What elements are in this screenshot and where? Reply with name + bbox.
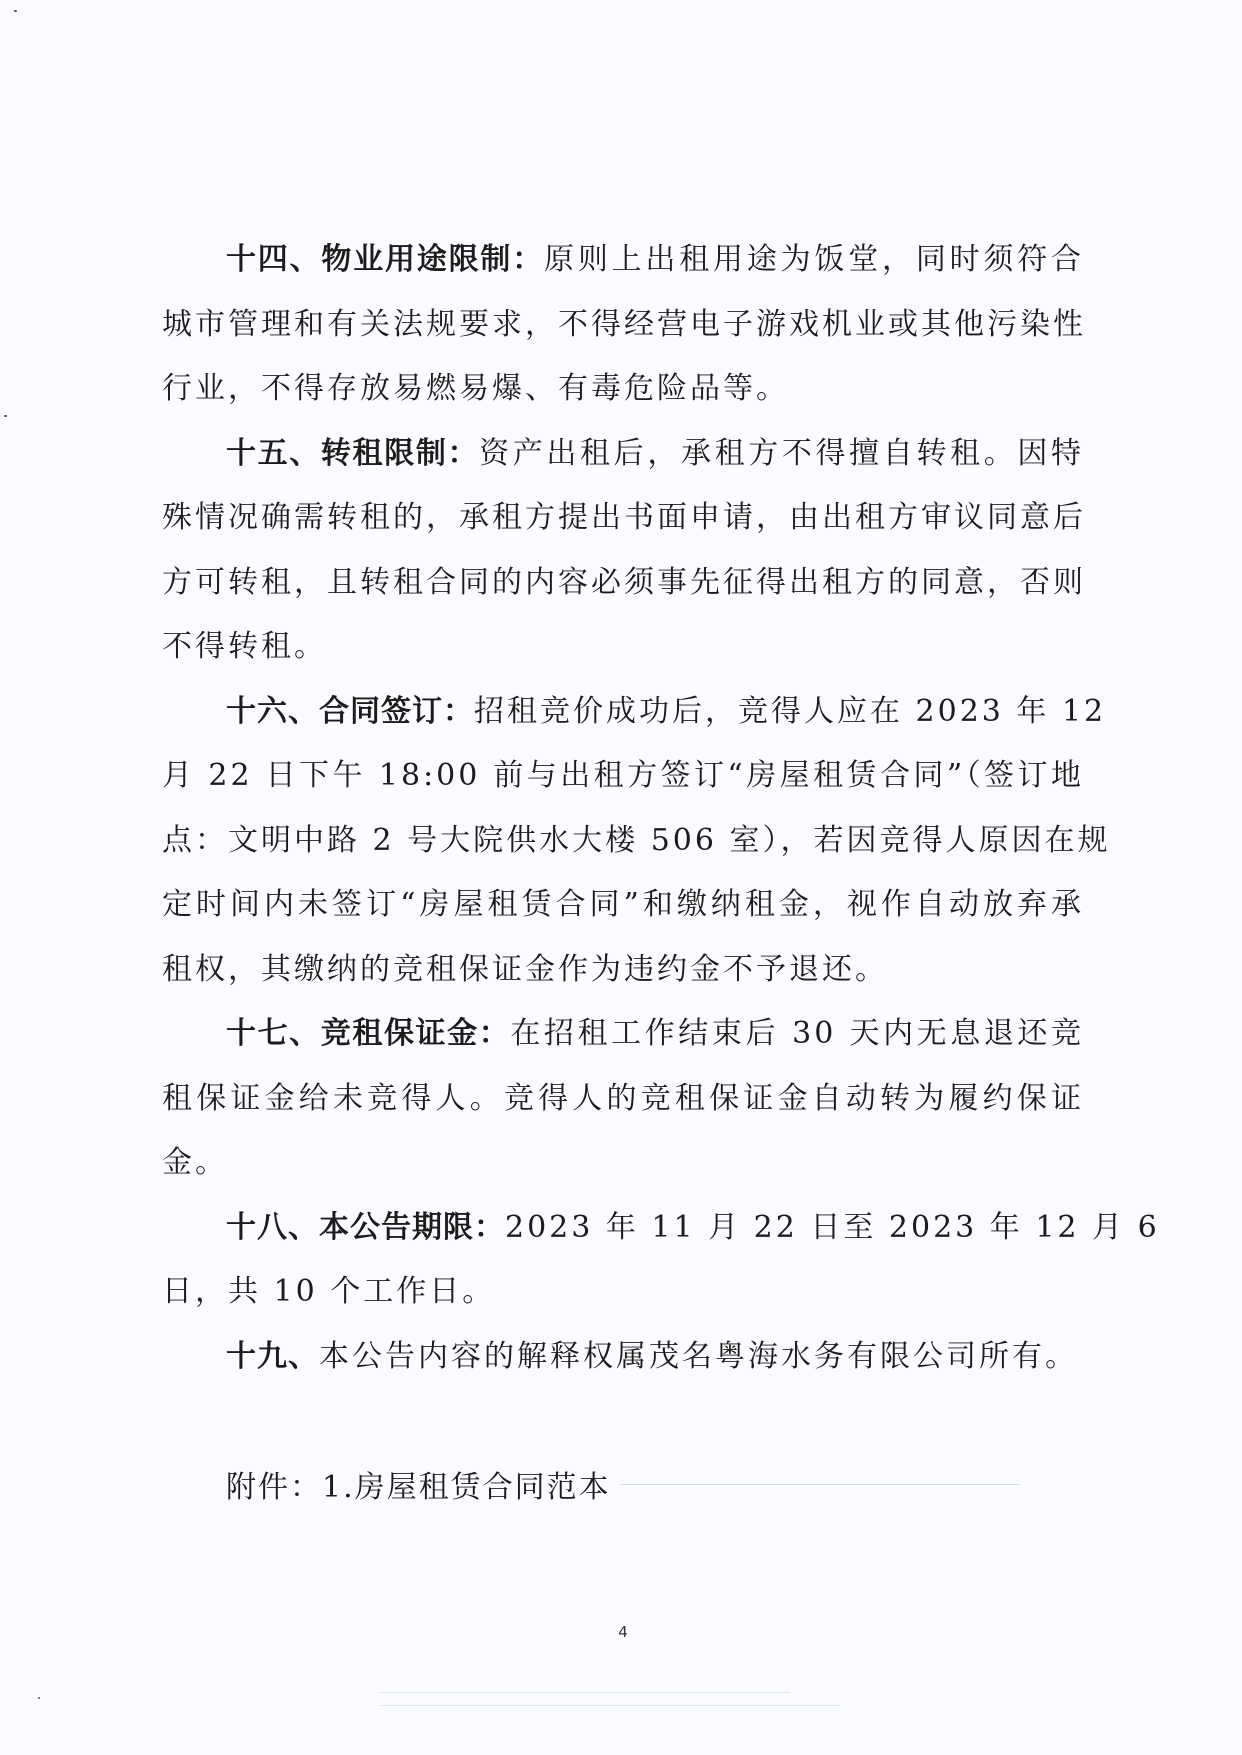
attachment-note: 附件：1.房屋租赁合同范本	[226, 1456, 611, 1520]
section-15-line-4: 不得转租。	[162, 615, 1084, 680]
section-18-line-1: 十八、本公告期限：2023 年 11 月 22 日至 2023 年 12 月 6	[162, 1196, 1084, 1261]
section-16-line-4: 定时间内未签订“房屋租赁合同”和缴纳租金，视作自动放弃承	[162, 873, 1084, 938]
section-17-number: 十七、	[226, 1016, 321, 1051]
section-16-line-1: 十六、合同签订：招租竞价成功后，竞得人应在 2023 年 12	[162, 680, 1084, 745]
section-16-line-5: 租权，其缴纳的竞租保证金作为违约金不予退还。	[162, 938, 1084, 1003]
section-17-line-1: 十七、竞租保证金：在招租工作结束后 30 天内无息退还竞	[162, 1002, 1084, 1067]
scan-artifact-line	[380, 1692, 790, 1693]
section-14-heading: 物业用途限制	[321, 242, 512, 277]
section-15-line-1: 十五、转租限制：资产出租后，承租方不得擅自转租。因特	[162, 422, 1084, 487]
section-14-line-1: 十四、物业用途限制：原则上出租用途为饭堂，同时须符合	[162, 228, 1084, 293]
section-19-line-1: 十九、本公告内容的解释权属茂名粤海水务有限公司所有。	[162, 1325, 1084, 1390]
scan-artifact-line	[380, 1705, 840, 1706]
scan-speck	[38, 1697, 40, 1699]
section-15-line-2: 殊情况确需转租的，承租方提出书面申请，由出租方审议同意后	[162, 486, 1084, 551]
section-15-heading: 转租限制	[321, 436, 448, 471]
section-19-number: 十九、	[226, 1339, 319, 1374]
section-16-line-2: 月 22 日下午 18:00 前与出租方签订“房屋租赁合同”（签订地	[162, 744, 1084, 809]
section-14-line-2: 城市管理和有关法规要求，不得经营电子游戏机业或其他污染性	[162, 293, 1084, 358]
document-body: 十四、物业用途限制：原则上出租用途为饭堂，同时须符合 城市管理和有关法规要求，不…	[162, 228, 1084, 1389]
section-18-heading: 本公告期限	[319, 1210, 474, 1245]
section-16-heading: 合同签订	[319, 694, 443, 729]
section-16-line-3: 点：文明中路 2 号大院供水大楼 506 室），若因竞得人原因在规	[162, 809, 1084, 874]
section-16-number: 十六、	[226, 694, 319, 729]
scan-artifact-line	[620, 1484, 1020, 1485]
page-number: 4	[0, 1623, 1242, 1641]
section-15-line-3: 方可转租，且转租合同的内容必须事先征得出租方的同意，否则	[162, 551, 1084, 616]
scan-speck	[14, 10, 17, 12]
section-18-line-2: 日，共 10 个工作日。	[162, 1260, 1084, 1325]
section-14-number: 十四、	[226, 242, 321, 277]
section-15-number: 十五、	[226, 436, 321, 471]
scan-speck	[4, 415, 7, 417]
section-17-line-3: 金。	[162, 1131, 1084, 1196]
section-17-heading: 竞租保证金	[321, 1016, 479, 1051]
section-14-line-3: 行业，不得存放易燃易爆、有毒危险品等。	[162, 357, 1084, 422]
section-18-number: 十八、	[226, 1210, 319, 1245]
section-17-line-2: 租保证金给未竞得人。竞得人的竞租保证金自动转为履约保证	[162, 1067, 1084, 1132]
